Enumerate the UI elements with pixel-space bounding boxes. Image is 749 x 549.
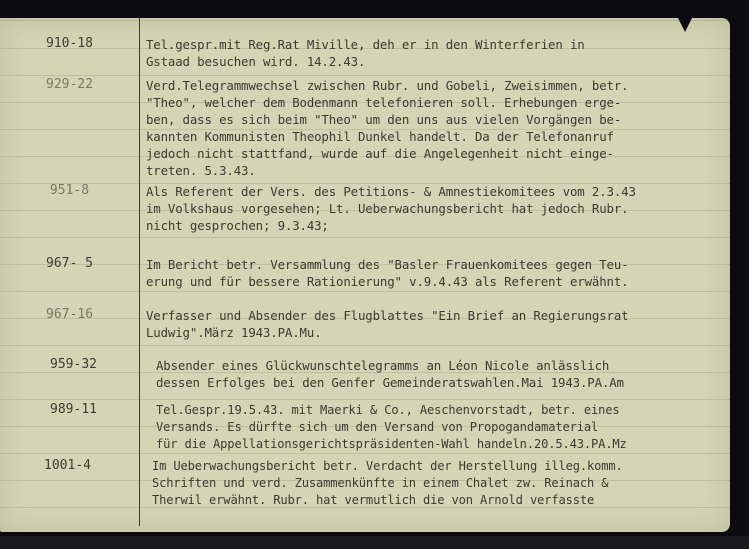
entry-text: Als Referent der Vers. des Petitions- & … — [146, 183, 732, 234]
entry-number: 910-18 — [0, 36, 139, 51]
entry-number: 967- 5 — [0, 256, 139, 271]
entry-text: Tel.Gespr.19.5.43. mit Maerki & Co., Aes… — [156, 402, 742, 453]
entry-text: Im Ueberwachungsbericht betr. Verdacht d… — [152, 458, 738, 509]
entry-text: Verfasser und Absender des Flugblattes "… — [146, 307, 732, 341]
entry-text: Absender eines Glückwunschtelegramms an … — [156, 357, 742, 391]
index-card: 910-18 Tel.gespr.mit Reg.Rat Miville, de… — [0, 18, 730, 532]
column-divider — [139, 18, 140, 526]
entry-number: 959-32 — [4, 357, 143, 372]
card-notch — [678, 18, 692, 32]
entry-text: Verd.Telegrammwechsel zwischen Rubr. und… — [146, 77, 732, 179]
entry-number: 1001-4 — [0, 458, 137, 473]
entry-number: 951-8 — [0, 183, 139, 198]
entry-text: Im Bericht betr. Versammlung des "Basler… — [146, 256, 732, 290]
entry-number: 929-22 — [0, 77, 139, 92]
background-surface — [0, 536, 749, 549]
entry-number: 967-16 — [0, 307, 139, 322]
entry-number: 989-11 — [4, 402, 143, 417]
entry-text: Tel.gespr.mit Reg.Rat Miville, deh er in… — [146, 36, 732, 70]
